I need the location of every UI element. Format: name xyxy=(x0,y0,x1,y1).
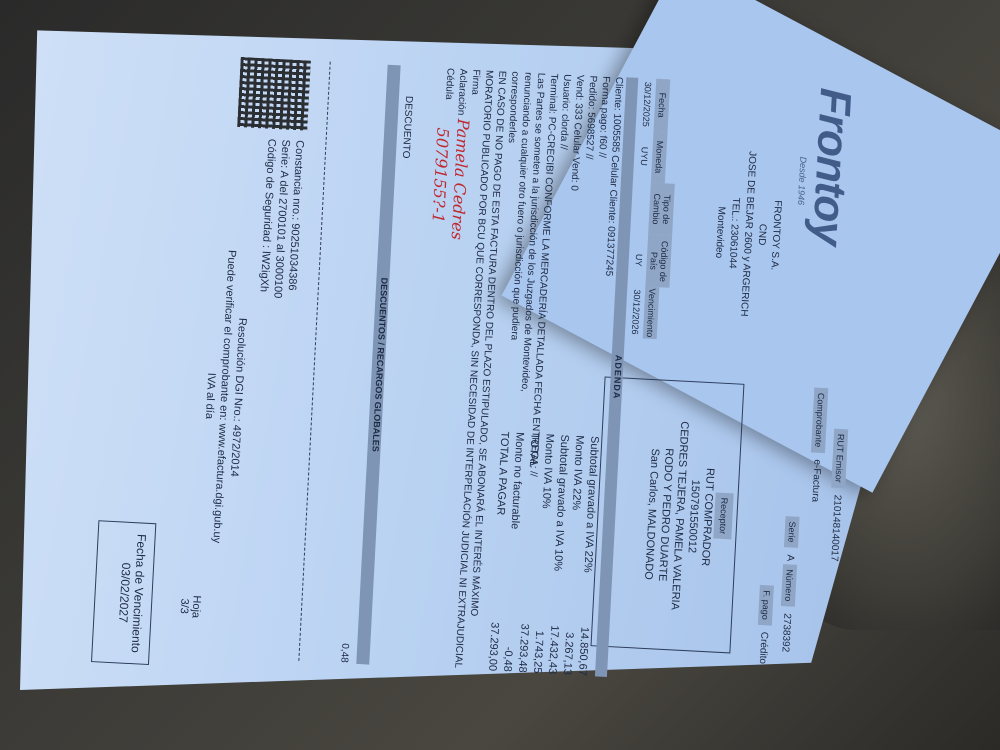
col-tipo-cambio: Tipo de Cambio xyxy=(648,183,675,236)
comprobante-label: Comprobante xyxy=(811,387,828,452)
totals-block: Subtotal gravado a IVA 22%14.850,67Monto… xyxy=(484,431,601,676)
qr-code xyxy=(237,57,311,131)
issuer-logo: Frontoy xyxy=(802,87,860,246)
page-indicator: Hoja 3/3 xyxy=(177,595,202,619)
footer: Constancia nro.: 90251034386 Serie: A de… xyxy=(189,136,306,660)
col-moneda: Moneda xyxy=(651,131,668,184)
receptor-label: Receptor xyxy=(713,492,733,539)
totals-value: 1.743,25 xyxy=(529,630,546,674)
comprobante-type: e-Factura xyxy=(809,459,822,502)
tipo-cambio-value xyxy=(637,182,646,234)
col-fecha: Fecha xyxy=(654,79,671,132)
totals-value: 14.850,67 xyxy=(574,626,592,676)
hoja-label: Hoja xyxy=(189,595,202,618)
numero-value: 2738392 xyxy=(779,613,792,652)
col-vencimiento: Vencimiento xyxy=(643,287,660,340)
fecha-value: 30/12/2025 xyxy=(638,78,657,131)
serie-label: Serie xyxy=(784,516,800,548)
totals-value: 37.293,48 xyxy=(514,623,532,673)
issuer-info: FRONTOY S.A. CND JOSE DE BEJAR 2600 y AR… xyxy=(707,122,788,345)
totals-value: 17.432,43 xyxy=(544,625,562,675)
descuentos-header: DESCUENTOS / RECARGOS GLOBALES xyxy=(356,65,400,665)
descuento-label: DESCUENTO xyxy=(400,96,414,159)
totals-value: 37.293,00 xyxy=(484,622,502,672)
invoice-document: Frontoy Desde 1946 FRONTOY S.A. CND JOSE… xyxy=(0,45,870,699)
serie-value: A xyxy=(784,554,795,561)
forma-pago-label: F. pago xyxy=(758,585,774,625)
col-codigo-pais: Código de País xyxy=(645,235,672,288)
rut-emisor-label: RUT Emisor xyxy=(831,429,848,488)
vencimiento-value: 30/12/2026 xyxy=(627,286,646,339)
forma-pago-value: Crédito xyxy=(757,632,770,665)
numero-label: Número xyxy=(781,564,797,607)
totals-label: TOTAL xyxy=(525,432,542,467)
rut-emisor: 210148140017 xyxy=(828,494,842,561)
vencimiento-box: Fecha de Vencimiento 03/02/2027 xyxy=(91,520,156,665)
descuento-value: 0,48 xyxy=(338,643,350,663)
moneda-value: UYU xyxy=(635,130,654,183)
codigo-pais-value: UY xyxy=(629,234,648,287)
totals-value: 3.267,13 xyxy=(559,632,576,676)
totals-value: -0,48 xyxy=(499,646,515,672)
